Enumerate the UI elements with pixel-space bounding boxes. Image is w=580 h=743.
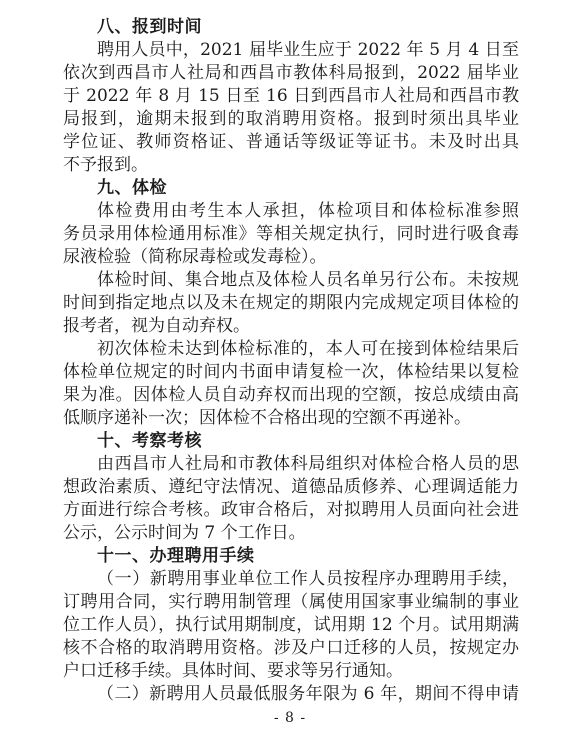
text-line: 初次体检未达到体检标准的，本人可在接到体检结果后再	[63, 338, 519, 361]
section-heading: 十一、办理聘用手续	[63, 545, 519, 568]
text-line: 低顺序递补一次；因体检不合格出现的空额不再递补。	[63, 407, 519, 430]
document-page: 八、报到时间聘用人员中，2021 届毕业生应于 2022 年 5 月 4 日至 …	[0, 0, 580, 743]
paragraph: 聘用人员中，2021 届毕业生应于 2022 年 5 月 4 日至 5 日依次到…	[63, 39, 519, 177]
text-line: （一）新聘用事业单位工作人员按程序办理聘用手续，签	[63, 568, 519, 591]
text-line: 公示，公示时间为 7 个工作日。	[63, 522, 519, 545]
text-line: 局报到，逾期未报到的取消聘用资格。报到时须出具毕业证、	[63, 108, 519, 131]
text-line: 不予报到。	[63, 154, 519, 177]
document-body: 八、报到时间聘用人员中，2021 届毕业生应于 2022 年 5 月 4 日至 …	[63, 16, 519, 706]
text-line: 由西昌市人社局和市教体科局组织对体检合格人员的思	[63, 453, 519, 476]
text-line: 时间到指定地点以及未在规定的期限内完成规定项目体检的	[63, 292, 519, 315]
paragraph: 初次体检未达到体检标准的，本人可在接到体检结果后再体检单位规定的时间内书面申请复…	[63, 338, 519, 430]
text-line: 聘用人员中，2021 届毕业生应于 2022 年 5 月 4 日至 5 日	[63, 39, 519, 62]
paragraph: （一）新聘用事业单位工作人员按程序办理聘用手续，签订聘用合同，实行聘用制管理（属…	[63, 568, 519, 683]
section-heading: 九、体检	[63, 177, 519, 200]
text-line: 想政治素质、遵纪守法情况、道德品质修养、心理调适能力等	[63, 476, 519, 499]
text-line: 体检费用由考生本人承担，体检项目和体检标准参照《公	[63, 200, 519, 223]
text-line: 务员录用体检通用标准》等相关规定执行，同时进行吸食毒品	[63, 223, 519, 246]
paragraph: 体检费用由考生本人承担，体检项目和体检标准参照《公务员录用体检通用标准》等相关规…	[63, 200, 519, 269]
text-line: （二）新聘用人员最低服务年限为 6 年，期间不得申请调	[63, 683, 519, 706]
text-line: 果为准。因体检人员自动弃权而出现的空额，按总成绩由高到	[63, 384, 519, 407]
text-line: 尿液检验（简称尿毒检或发毒检）。	[63, 246, 519, 269]
paragraph: 由西昌市人社局和市教体科局组织对体检合格人员的思想政治素质、遵纪守法情况、道德品…	[63, 453, 519, 545]
text-line: 报考者，视为自动弃权。	[63, 315, 519, 338]
text-line: 位工作人员），执行试用期制度，试用期 12 个月。试用期满考	[63, 614, 519, 637]
text-line: 方面进行综合考核。政审合格后，对拟聘用人员面向社会进行	[63, 499, 519, 522]
text-line: 体检单位规定的时间内书面申请复检一次，体检结果以复检结	[63, 361, 519, 384]
text-line: 于 2022 年 8 月 15 日至 16 日到西昌市人社局和西昌市教体科	[63, 85, 519, 108]
text-line: 体检时间、集合地点及体检人员名单另行公布。未按规定	[63, 269, 519, 292]
page-number: - 8 -	[0, 709, 580, 727]
text-line: 依次到西昌市人社局和西昌市教体科局报到，2022 届毕业生	[63, 62, 519, 85]
section-heading: 十、考察考核	[63, 430, 519, 453]
section-heading: 八、报到时间	[63, 16, 519, 39]
text-line: 户口迁移手续。具体时间、要求等另行通知。	[63, 660, 519, 683]
text-line: 学位证、教师资格证、普通话等级证等证书。未及时出具者，	[63, 131, 519, 154]
paragraph: （二）新聘用人员最低服务年限为 6 年，期间不得申请调	[63, 683, 519, 706]
paragraph: 体检时间、集合地点及体检人员名单另行公布。未按规定时间到指定地点以及未在规定的期…	[63, 269, 519, 338]
text-line: 订聘用合同，实行聘用制管理（属使用国家事业编制的事业单	[63, 591, 519, 614]
text-line: 核不合格的取消聘用资格。涉及户口迁移的人员，按规定办理	[63, 637, 519, 660]
